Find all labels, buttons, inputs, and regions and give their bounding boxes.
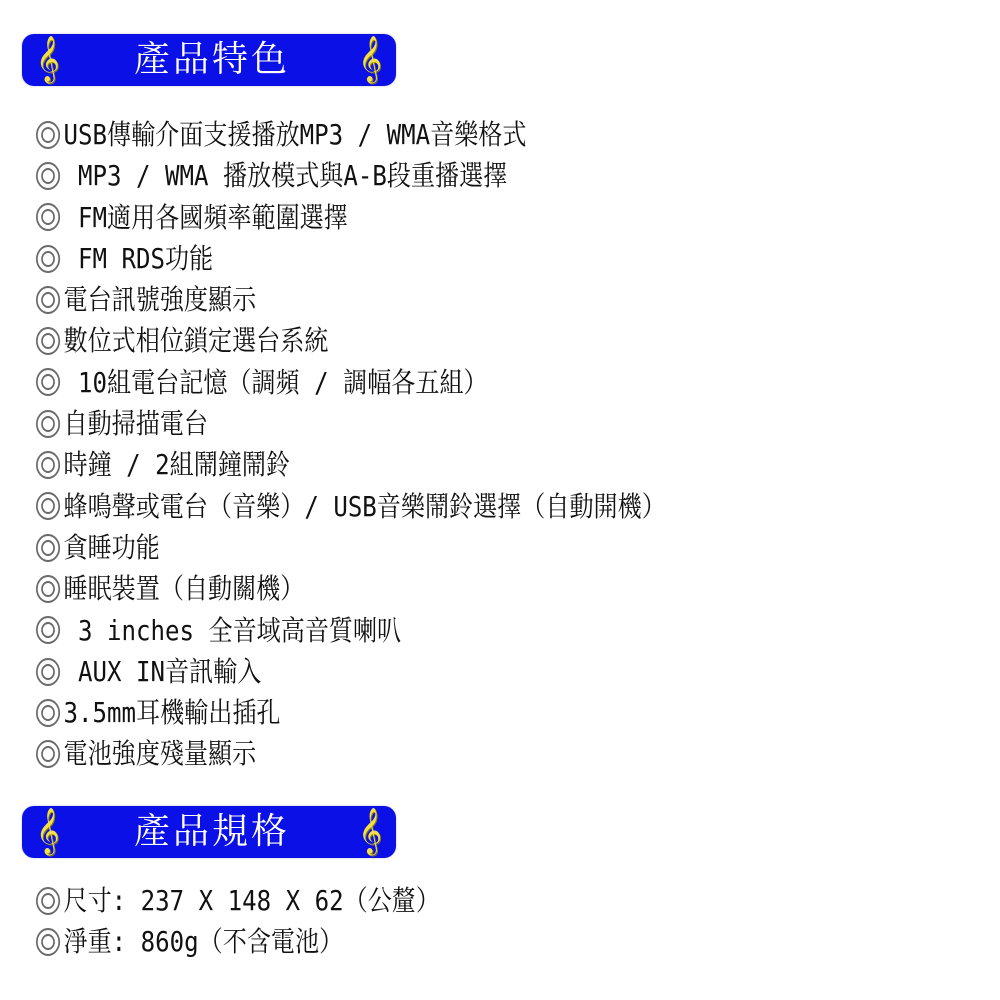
feature-item: USB傳輸介面支援播放MP3 / WMA音樂格式	[36, 114, 666, 155]
feature-item: 自動掃描電台	[36, 403, 666, 444]
double-circle-icon	[36, 121, 60, 149]
feature-item: 10組電台記憶（調頻 / 調幅各五組）	[36, 362, 666, 403]
feature-item-text: FM RDS功能	[64, 238, 214, 279]
feature-item-text: USB傳輸介面支援播放MP3 / WMA音樂格式	[64, 114, 527, 155]
double-circle-icon	[36, 740, 60, 768]
double-circle-icon	[36, 410, 60, 438]
spec-item-text: 淨重: 860g（不含電池）	[64, 921, 344, 962]
feature-item: 電池強度殘量顯示	[36, 733, 666, 774]
double-circle-icon	[36, 327, 60, 355]
feature-item-text: 時鐘 / 2組鬧鐘鬧鈴	[64, 444, 291, 485]
feature-item-text: 電池強度殘量顯示	[64, 733, 257, 774]
feature-item: 3 inches 全音域高音質喇叭	[36, 610, 666, 651]
double-circle-icon	[36, 203, 60, 231]
double-circle-icon	[36, 492, 60, 520]
specs-section-title: 產品規格	[134, 814, 290, 850]
double-circle-icon	[36, 928, 60, 956]
double-circle-icon	[36, 286, 60, 314]
feature-item-text: MP3 / WMA 播放模式與A-B段重播選擇	[64, 155, 508, 196]
feature-item: 數位式相位鎖定選台系統	[36, 320, 666, 361]
feature-item-text: AUX IN音訊輸入	[64, 651, 262, 692]
feature-item: FM RDS功能	[36, 238, 666, 279]
treble-clef-icon: 𝄞	[358, 39, 382, 79]
feature-item-text: 電台訊號強度顯示	[64, 279, 257, 320]
specs-list: 尺寸: 237 X 148 X 62（公釐） 淨重: 860g（不含電池）	[36, 880, 506, 963]
feature-item: 貪睡功能	[36, 527, 666, 568]
feature-item: MP3 / WMA 播放模式與A-B段重播選擇	[36, 155, 666, 196]
feature-item-text: 貪睡功能	[64, 527, 160, 568]
features-section-title: 產品特色	[134, 42, 290, 78]
features-list: USB傳輸介面支援播放MP3 / WMA音樂格式 MP3 / WMA 播放模式與…	[36, 114, 768, 775]
spec-item: 淨重: 860g（不含電池）	[36, 921, 440, 962]
double-circle-icon	[36, 575, 60, 603]
treble-clef-icon: 𝄞	[358, 811, 382, 851]
feature-item-text: FM適用各國頻率範圍選擇	[64, 197, 348, 238]
feature-item: 3.5mm耳機輸出插孔	[36, 692, 666, 733]
treble-clef-icon: 𝄞	[36, 39, 60, 79]
feature-item-text: 睡眠裝置（自動關機）	[64, 568, 305, 609]
double-circle-icon	[36, 451, 60, 479]
double-circle-icon	[36, 245, 60, 273]
spec-item-text: 尺寸: 237 X 148 X 62（公釐）	[64, 880, 440, 921]
feature-item: FM適用各國頻率範圍選擇	[36, 197, 666, 238]
feature-item: 電台訊號強度顯示	[36, 279, 666, 320]
feature-item-text: 3.5mm耳機輸出插孔	[64, 692, 281, 733]
feature-item: 蜂鳴聲或電台（音樂）/ USB音樂鬧鈴選擇（自動開機）	[36, 486, 666, 527]
double-circle-icon	[36, 534, 60, 562]
feature-item-text: 10組電台記憶（調頻 / 調幅各五組）	[64, 362, 488, 403]
double-circle-icon	[36, 887, 60, 915]
feature-item-text: 3 inches 全音域高音質喇叭	[64, 610, 402, 651]
feature-item-text: 自動掃描電台	[64, 403, 208, 444]
feature-item-text: 蜂鳴聲或電台（音樂）/ USB音樂鬧鈴選擇（自動開機）	[64, 486, 666, 527]
feature-item: 睡眠裝置（自動關機）	[36, 568, 666, 609]
double-circle-icon	[36, 699, 60, 727]
feature-item: 時鐘 / 2組鬧鐘鬧鈴	[36, 444, 666, 485]
feature-item: AUX IN音訊輸入	[36, 651, 666, 692]
specs-section-banner: 𝄞 產品規格 𝄞	[22, 806, 396, 858]
spec-item: 尺寸: 237 X 148 X 62（公釐）	[36, 880, 440, 921]
double-circle-icon	[36, 616, 60, 644]
double-circle-icon	[36, 368, 60, 396]
features-section-banner: 𝄞 產品特色 𝄞	[22, 34, 396, 86]
treble-clef-icon: 𝄞	[36, 811, 60, 851]
double-circle-icon	[36, 658, 60, 686]
feature-item-text: 數位式相位鎖定選台系統	[64, 320, 329, 361]
double-circle-icon	[36, 162, 60, 190]
